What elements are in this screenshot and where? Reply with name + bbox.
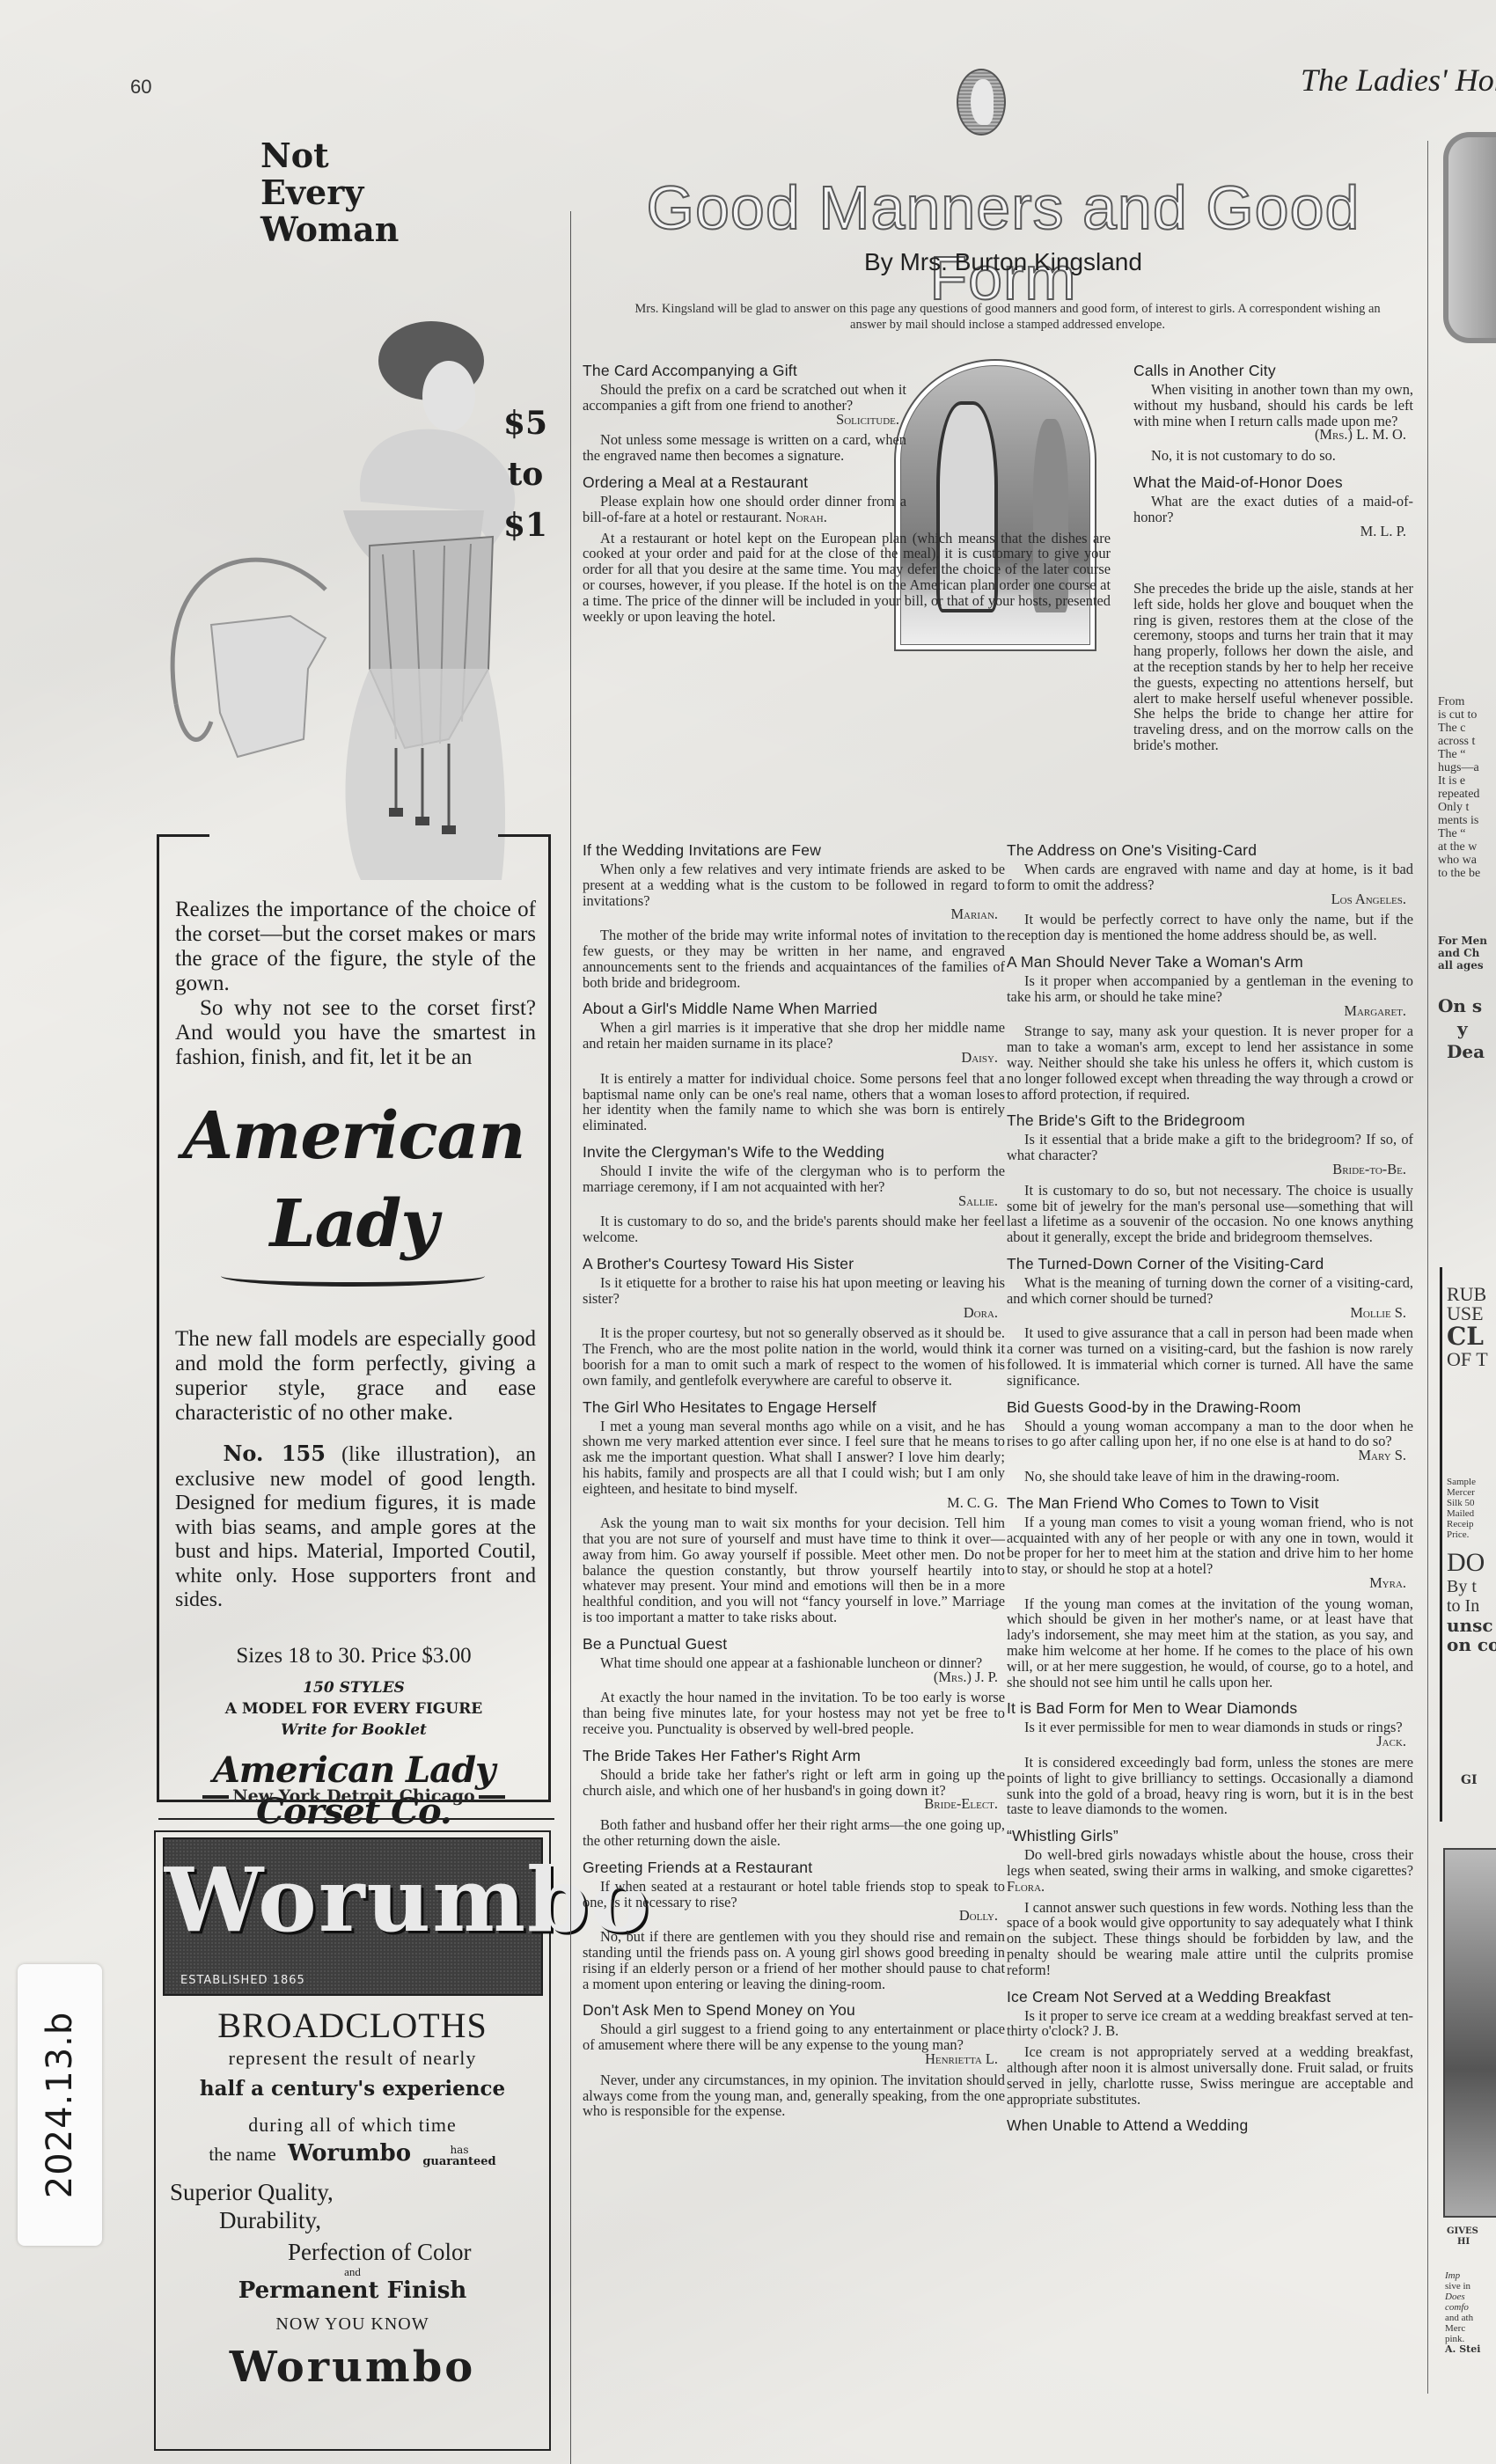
page-number: 60 bbox=[130, 76, 151, 99]
section-question: If when seated at a restaurant or hotel … bbox=[583, 1879, 1005, 1924]
correspondent-signature: Mary S. bbox=[1007, 1448, 1413, 1463]
section-question: When visiting in another town than my ow… bbox=[1133, 382, 1413, 443]
section-answer: No, but if there are gentlemen with you … bbox=[583, 1929, 1005, 1991]
section-answer: It is customary to do so, but not necess… bbox=[1007, 1183, 1413, 1245]
section-heading: About a Girl's Middle Name When Married bbox=[583, 999, 1005, 1018]
correspondent-signature: Dora. bbox=[583, 1305, 1005, 1321]
section-question: Is it proper when accompanied by a gentl… bbox=[1007, 973, 1413, 1018]
section-heading: Don't Ask Men to Spend Money on You bbox=[583, 2000, 1005, 2020]
section-question: When only a few relatives and very intim… bbox=[583, 862, 1005, 922]
worumbo-inline-wordmark: Worumbo bbox=[288, 2140, 411, 2167]
strip-for-men: For Menand Chall ages bbox=[1438, 935, 1487, 972]
broadcloths-heading: BROADCLOTHS bbox=[156, 2005, 549, 2046]
section-question: Is it proper to serve ice cream at a wed… bbox=[1007, 2008, 1413, 2040]
strip-text-top: Fromis cut to The cacross t The “hugs—a … bbox=[1438, 695, 1480, 880]
during-text: during all of which time bbox=[156, 2114, 549, 2137]
section-heading: Calls in Another City bbox=[1133, 361, 1413, 380]
section-answer: Ice cream is not appropriately served at… bbox=[1007, 2044, 1413, 2107]
section-answer: Strange to say, many ask your question. … bbox=[1007, 1023, 1413, 1102]
section-question: Please explain how one should order dinn… bbox=[583, 494, 906, 525]
guaranteed-text: guaranteed bbox=[422, 2155, 495, 2168]
column-rule bbox=[570, 211, 571, 2464]
article-title: Good Manners and Good Form bbox=[581, 172, 1426, 313]
ornament-icon bbox=[1443, 132, 1496, 343]
section-answer: It is customary to do so, and the bride'… bbox=[583, 1214, 1005, 1245]
fall-models-text: The new fall models are especially good … bbox=[175, 1327, 536, 1426]
correspondent-signature: Marian. bbox=[583, 906, 1005, 922]
strip-bottom: Impsive in Doescomfo and athMerc pink.A.… bbox=[1445, 2270, 1480, 2355]
model-desc-text: (like illustration), an exclusive new mo… bbox=[175, 1443, 536, 1611]
model-every-figure: A MODEL FOR EVERY FIGURE bbox=[159, 1698, 548, 1720]
section-answer: Ask the young man to wait six months for… bbox=[583, 1515, 1005, 1625]
correspondent-signature: Los Angeles. bbox=[1007, 891, 1413, 907]
section-question: Should the prefix on a card be scratched… bbox=[583, 382, 906, 427]
maid-of-honor-answer: She precedes the bride up the aisle, sta… bbox=[1007, 581, 1413, 759]
correspondent-signature: Dolly. bbox=[583, 1908, 1005, 1924]
correspondent-signature: Flora. bbox=[1007, 1878, 1045, 1895]
cities-text: New York Detroit Chicago bbox=[232, 1786, 474, 1806]
corset-ad-box: Realizes the importance of the choice of… bbox=[157, 834, 551, 1802]
strip-rub: RUBUSE CLOF T bbox=[1447, 1285, 1488, 1369]
now-you-know-text: NOW YOU KNOW bbox=[156, 2314, 549, 2335]
section-heading: Greeting Friends at a Restaurant bbox=[583, 1858, 1005, 1877]
section-heading: The Turned-Down Corner of the Visiting-C… bbox=[1007, 1254, 1413, 1273]
worumbo-top-rule bbox=[158, 1818, 554, 1820]
section-heading: Be a Punctual Guest bbox=[583, 1634, 1005, 1654]
section-answer: She precedes the bride up the aisle, sta… bbox=[1007, 581, 1413, 753]
correspondent-signature: Margaret. bbox=[1007, 1003, 1413, 1019]
section-heading: The Man Friend Who Comes to Town to Visi… bbox=[1007, 1493, 1413, 1513]
section-heading: The Address on One's Visiting-Card bbox=[1007, 840, 1413, 860]
sizes-price: Sizes 18 to 30. Price $3.00 bbox=[159, 1644, 548, 1668]
the-name-text: the name bbox=[209, 2144, 275, 2165]
article-column-d: The Address on One's Visiting-Card When … bbox=[1007, 840, 1413, 2137]
correspondent-signature: Sallie. bbox=[583, 1193, 1005, 1209]
section-heading: What the Maid-of-Honor Does bbox=[1133, 473, 1413, 492]
accession-number: 2024.13.b bbox=[40, 2012, 80, 2199]
corset-woman-illustration bbox=[158, 176, 528, 880]
cameo-emblem-icon bbox=[957, 69, 1006, 136]
lady-wordmark: Lady bbox=[159, 1186, 548, 1262]
section-question: Do well-bred girls nowadays whistle abou… bbox=[1007, 1847, 1413, 1894]
strip-on-sale: On syDea bbox=[1438, 994, 1485, 1063]
section-heading: A Brother's Courtesy Toward His Sister bbox=[583, 1254, 1005, 1273]
worumbo-ad-box: Worumbo ESTABLISHED 1865 BROADCLOTHS rep… bbox=[154, 1830, 551, 2451]
durability-text: Durability, bbox=[219, 2207, 321, 2234]
article-column-c: If the Wedding Invitations are Few When … bbox=[583, 840, 1005, 2124]
model-description: No. 155 (like illustration), an exclusiv… bbox=[175, 1441, 536, 1613]
american-wordmark: American bbox=[159, 1098, 548, 1174]
section-answer: It would be perfectly correct to have on… bbox=[1007, 912, 1413, 943]
quality-text: Superior Quality, bbox=[170, 2177, 334, 2207]
styles-count: 150 STYLES bbox=[159, 1677, 548, 1698]
strip-do: DOBy t to Inunscon co bbox=[1447, 1549, 1496, 1654]
section-answer: At exactly the hour named in the invitat… bbox=[583, 1690, 1005, 1736]
section-heading: The Card Accompanying a Gift bbox=[583, 361, 906, 380]
adjacent-ads-strip: Fromis cut to The cacross t The “hugs—a … bbox=[1434, 132, 1496, 2464]
corset-price-range: $5 to $1 bbox=[502, 398, 549, 551]
section-heading: If the Wedding Invitations are Few bbox=[583, 840, 1005, 860]
section-question: When a girl marries is it imperative tha… bbox=[583, 1020, 1005, 1065]
corset-ad-intro: Realizes the importance of the choice of… bbox=[175, 898, 536, 1070]
section-question: What are the exact duties of a maid-of-h… bbox=[1133, 494, 1413, 539]
article-column-a: The Card Accompanying a Gift Should the … bbox=[583, 361, 906, 629]
section-heading: Bid Guests Good-by in the Drawing-Room bbox=[1007, 1397, 1413, 1417]
section-question: Should a young woman accompany a man to … bbox=[1007, 1419, 1413, 1463]
section-question: When cards are engraved with name and da… bbox=[1007, 862, 1413, 906]
permanent-finish-text: Permanent Finish bbox=[156, 2277, 549, 2304]
established-text: ESTABLISHED 1865 bbox=[180, 1974, 305, 1987]
strip-sample: SampleMercerSilk 50 MailedReceipPrice. bbox=[1447, 1477, 1476, 1540]
section-answer: No, it is not customary to do so. bbox=[1133, 448, 1413, 464]
correspondent-signature: Henrietta L. bbox=[583, 2051, 1005, 2067]
box-corner-right bbox=[498, 834, 551, 837]
perfection-text: Perfection of Color bbox=[288, 2239, 471, 2266]
section-question: Should I invite the wife of the clergyma… bbox=[583, 1163, 1005, 1208]
worumbo-banner-wordmark: Worumbo bbox=[165, 1848, 541, 1952]
section-question: Should a bride take her father's right o… bbox=[583, 1767, 1005, 1812]
price-high: $5 bbox=[502, 398, 549, 449]
correspondent-signature: Solicitude. bbox=[583, 412, 906, 428]
correspondent-signature: J. B. bbox=[1093, 2022, 1119, 2039]
section-answer: If the young man comes at the invitation… bbox=[1007, 1596, 1413, 1690]
section-answer: No, she should take leave of him in the … bbox=[1007, 1469, 1413, 1485]
strip-gi: GI bbox=[1461, 1774, 1478, 1787]
correspondent-signature: (Mrs.) J. P. bbox=[583, 1669, 1005, 1685]
worumbo-banner: Worumbo ESTABLISHED 1865 bbox=[163, 1837, 543, 1996]
correspondent-signature: (Mrs.) L. M. O. bbox=[1133, 427, 1413, 443]
box-corner-left bbox=[157, 834, 209, 837]
correspondent-signature: Jack. bbox=[1007, 1734, 1413, 1749]
article-intro: Mrs. Kingsland will be glad to answer on… bbox=[629, 301, 1386, 333]
column-rule bbox=[1427, 141, 1428, 2394]
section-heading: Invite the Clergyman's Wife to the Weddi… bbox=[583, 1142, 1005, 1162]
section-question: What is the meaning of turning down the … bbox=[1007, 1275, 1413, 1320]
rule-right bbox=[479, 1795, 505, 1799]
section-question: Is it etiquette for a brother to raise h… bbox=[583, 1275, 1005, 1320]
section-answer: Not unless some message is written on a … bbox=[583, 432, 906, 464]
lady-swash-flourish bbox=[221, 1265, 485, 1287]
section-heading: When Unable to Attend a Wedding bbox=[1007, 2116, 1413, 2135]
correspondent-signature: M. L. P. bbox=[1133, 524, 1413, 539]
correspondent-signature: Bride-to-Be. bbox=[1007, 1162, 1413, 1177]
intro2-text: So why not see to the corset first? And … bbox=[175, 996, 536, 1069]
section-heading: The Girl Who Hesitates to Engage Herself bbox=[583, 1397, 1005, 1417]
correspondent-signature: Bride-Elect. bbox=[583, 1796, 1005, 1812]
section-heading: A Man Should Never Take a Woman's Arm bbox=[1007, 952, 1413, 972]
section-heading: Ordering a Meal at a Restaurant bbox=[583, 473, 906, 492]
section-heading: The Bride's Gift to the Bridegroom bbox=[1007, 1111, 1413, 1130]
worumbo-footer-wordmark: Worumbo bbox=[156, 2343, 549, 2392]
section-answer: It is considered exceedingly bad form, u… bbox=[1007, 1755, 1413, 1817]
section-question: I met a young man several months ago whi… bbox=[583, 1419, 1005, 1511]
section-answer: The mother of the bride may write inform… bbox=[583, 928, 1005, 990]
correspondent-signature: M. C. G. bbox=[583, 1495, 1005, 1511]
section-question: What time should one appear at a fashion… bbox=[583, 1655, 1005, 1685]
represent-text: represent the result of nearly bbox=[156, 2047, 549, 2070]
half-century-text: half a century's experience bbox=[156, 2077, 549, 2101]
strip-gives: GIVESHI bbox=[1447, 2226, 1478, 2248]
correspondent-signature: Myra. bbox=[1007, 1575, 1413, 1591]
section-heading: Ice Cream Not Served at a Wedding Breakf… bbox=[1007, 1987, 1413, 2006]
section-question: If a young man comes to visit a young wo… bbox=[1007, 1514, 1413, 1591]
headline-line: Not bbox=[260, 137, 399, 174]
article-column-b: Calls in Another City When visiting in a… bbox=[1133, 361, 1413, 544]
accession-label: 2024.13.b bbox=[18, 1964, 102, 2246]
section-heading: The Bride Takes Her Father's Right Arm bbox=[583, 1746, 1005, 1765]
section-heading: “Whistling Girls” bbox=[1007, 1826, 1413, 1845]
article-byline: By Mrs. Burton Kingsland bbox=[581, 248, 1426, 276]
correspondent-signature: Norah. bbox=[786, 509, 827, 525]
model-number: No. 155 bbox=[223, 1441, 325, 1466]
has-guaranteed: hasguaranteed bbox=[422, 2145, 495, 2167]
correspondent-signature: Mollie S. bbox=[1007, 1305, 1413, 1321]
strip-photo bbox=[1443, 1848, 1496, 2218]
rule-left bbox=[202, 1795, 229, 1799]
section-answer: It is entirely a matter for individual c… bbox=[583, 1071, 1005, 1133]
section-answer: It used to give assurance that a call in… bbox=[1007, 1325, 1413, 1388]
section-question: Is it essential that a bride make a gift… bbox=[1007, 1132, 1413, 1177]
the-name-line: the name Worumbo hasguaranteed bbox=[156, 2140, 549, 2167]
price-to: to bbox=[502, 449, 549, 500]
price-low: $1 bbox=[502, 500, 549, 551]
section-question: Should a girl suggest to a friend going … bbox=[583, 2021, 1005, 2066]
section-answer: I cannot answer such questions in few wo… bbox=[1007, 1900, 1413, 1978]
intro-text: Realizes the importance of the choice of… bbox=[175, 898, 536, 995]
section-answer: It is the proper courtesy, but not so ge… bbox=[583, 1325, 1005, 1388]
write-for-booklet: Write for Booklet bbox=[159, 1720, 548, 1741]
section-answer: Never, under any circumstances, in my op… bbox=[583, 2072, 1005, 2119]
section-answer: Both father and husband offer her their … bbox=[583, 1817, 1005, 1849]
correspondent-signature: Daisy. bbox=[583, 1050, 1005, 1066]
has-text: has bbox=[450, 2144, 468, 2156]
section-heading: It is Bad Form for Men to Wear Diamonds bbox=[1007, 1698, 1413, 1718]
magazine-title: The Ladies' Hor bbox=[1301, 62, 1496, 99]
section-question: Is it ever permissible for men to wear d… bbox=[1007, 1720, 1413, 1749]
styles-block: 150 STYLES A MODEL FOR EVERY FIGURE Writ… bbox=[159, 1677, 548, 1741]
company-cities: New York Detroit Chicago bbox=[157, 1786, 551, 1806]
